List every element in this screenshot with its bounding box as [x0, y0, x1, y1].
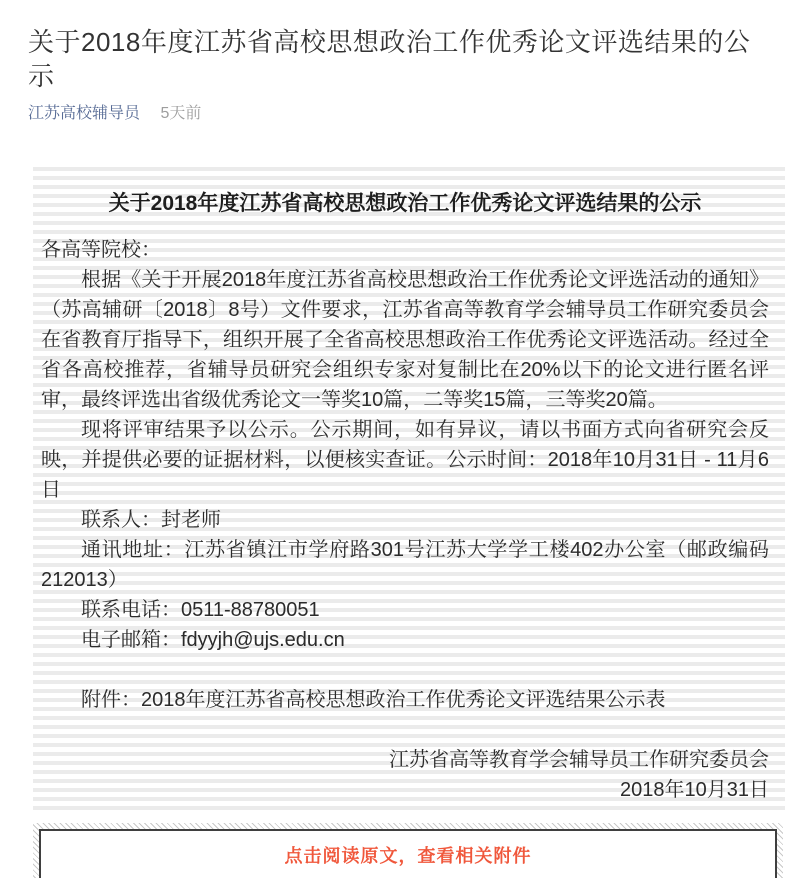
- attachment-line: 附件：2018年度江苏省高校思想政治工作优秀论文评选结果公示表: [41, 685, 769, 715]
- document-body: 关于2018年度江苏省高校思想政治工作优秀论文评选结果的公示 各高等院校： 根据…: [33, 162, 785, 815]
- salutation: 各高等院校：: [41, 235, 769, 265]
- read-more-box: 点击阅读原文，查看相关附件: [33, 823, 783, 878]
- signature-date: 2018年10月31日: [41, 775, 769, 805]
- page-title: 关于2018年度江苏省高校思想政治工作优秀论文评选结果的公示: [28, 25, 772, 93]
- read-more-label: 点击阅读原文，查看相关附件: [285, 842, 532, 868]
- contact-phone: 联系电话：0511-88780051: [41, 595, 769, 625]
- document-heading: 关于2018年度江苏省高校思想政治工作优秀论文评选结果的公示: [41, 189, 769, 219]
- contact-person: 联系人：封老师: [41, 505, 769, 535]
- byline: 江苏高校辅导员 5天前: [28, 103, 772, 125]
- article-page: 关于2018年度江苏省高校思想政治工作优秀论文评选结果的公示 江苏高校辅导员 5…: [0, 0, 800, 878]
- signature-org: 江苏省高等教育学会辅导员工作研究委员会: [41, 745, 769, 775]
- paragraph-publicity: 现将评审结果予以公示。公示期间，如有异议，请以书面方式向省研究会反映，并提供必要…: [41, 415, 769, 505]
- paragraph-basis: 根据《关于开展2018年度江苏省高校思想政治工作优秀论文评选活动的通知》（苏高辅…: [41, 265, 769, 415]
- publish-time: 5天前: [160, 105, 201, 122]
- author-name[interactable]: 江苏高校辅导员: [28, 105, 140, 122]
- contact-address: 通讯地址：江苏省镇江市学府路301号江苏大学学工楼402办公室（邮政编码2120…: [41, 535, 769, 595]
- read-more-button[interactable]: 点击阅读原文，查看相关附件: [39, 829, 777, 878]
- contact-email: 电子邮箱：fdyyjh@ujs.edu.cn: [41, 625, 769, 655]
